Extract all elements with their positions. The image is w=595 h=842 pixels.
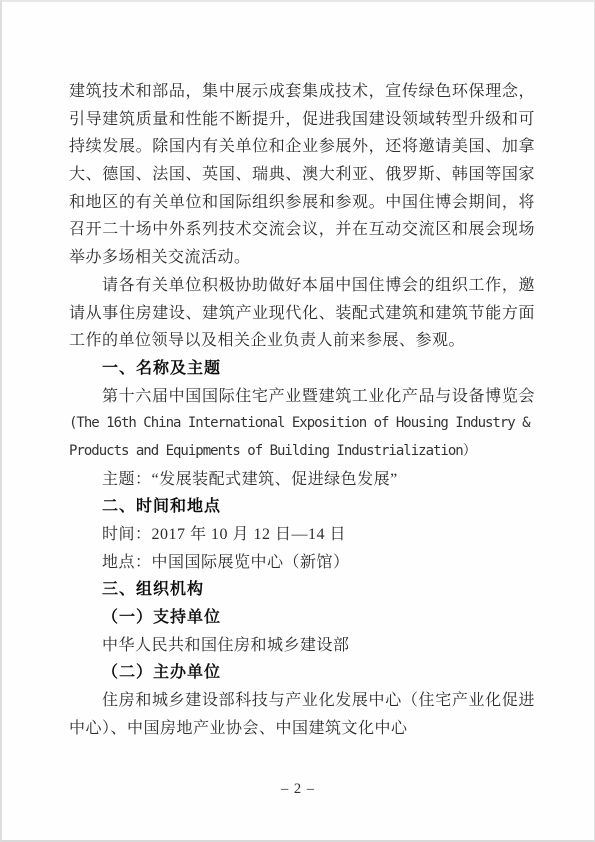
text-line: 大、德国、法国、英国、瑞典、澳大利亚、俄罗斯、韩国等国家 <box>69 161 535 189</box>
section-heading: 三、组织机构 <box>69 576 535 604</box>
text-line: 建筑技术和部品，集中展示成套集成技术，宣传绿色环保理念， <box>69 78 535 106</box>
text-line: 地点：中国国际展览中心（新馆） <box>69 549 535 577</box>
text-line: 召开二十场中外系列技术交流会议，并在互动交流区和展会现场 <box>69 216 535 244</box>
text-line: 请从事住房建设、建筑产业现代化、装配式建筑和建筑节能方面 <box>69 300 535 328</box>
section-heading: 二、时间和地点 <box>69 493 535 521</box>
text-line: 举办多场相关交流活动。 <box>69 244 535 272</box>
text-line: 请各有关单位积极协助做好本届中国住博会的组织工作，邀 <box>69 272 535 300</box>
text-line: 主题：“发展装配式建筑、促进绿色发展” <box>69 466 535 494</box>
text-line: 持续发展。除国内有关单位和企业参展外，还将邀请美国、加拿 <box>69 133 535 161</box>
text-line: 中华人民共和国住房和城乡建设部 <box>69 632 535 660</box>
english-line: (The 16th China International Exposition… <box>69 410 535 438</box>
text-line: 住房和城乡建设部科技与产业化发展中心（住宅产业化促进 <box>69 687 535 715</box>
english-line: Products and Equipments of Building Indu… <box>69 438 535 466</box>
document-body: 建筑技术和部品，集中展示成套集成技术，宣传绿色环保理念，引导建筑质量和性能不断提… <box>69 78 535 743</box>
sub-section-heading: （一）支持单位 <box>69 604 535 632</box>
text-line: 和地区的有关单位和国际组织参展和参观。中国住博会期间，将 <box>69 189 535 217</box>
sub-section-heading: （二）主办单位 <box>69 659 535 687</box>
text-line: 引导建筑质量和性能不断提升，促进我国建设领域转型升级和可 <box>69 106 535 134</box>
text-line: 第十六届中国国际住宅产业暨建筑工业化产品与设备博览会 <box>69 383 535 411</box>
page-number: – 2 – <box>2 781 594 798</box>
text-line: 中心）、中国房地产业协会、中国建筑文化中心 <box>69 715 535 743</box>
text-line: 时间：2017 年 10 月 12 日—14 日 <box>69 521 535 549</box>
text-line: 工作的单位领导以及相关企业负责人前来参展、参观。 <box>69 327 535 355</box>
section-heading: 一、名称及主题 <box>69 355 535 383</box>
document-page: 建筑技术和部品，集中展示成套集成技术，宣传绿色环保理念，引导建筑质量和性能不断提… <box>0 0 595 842</box>
